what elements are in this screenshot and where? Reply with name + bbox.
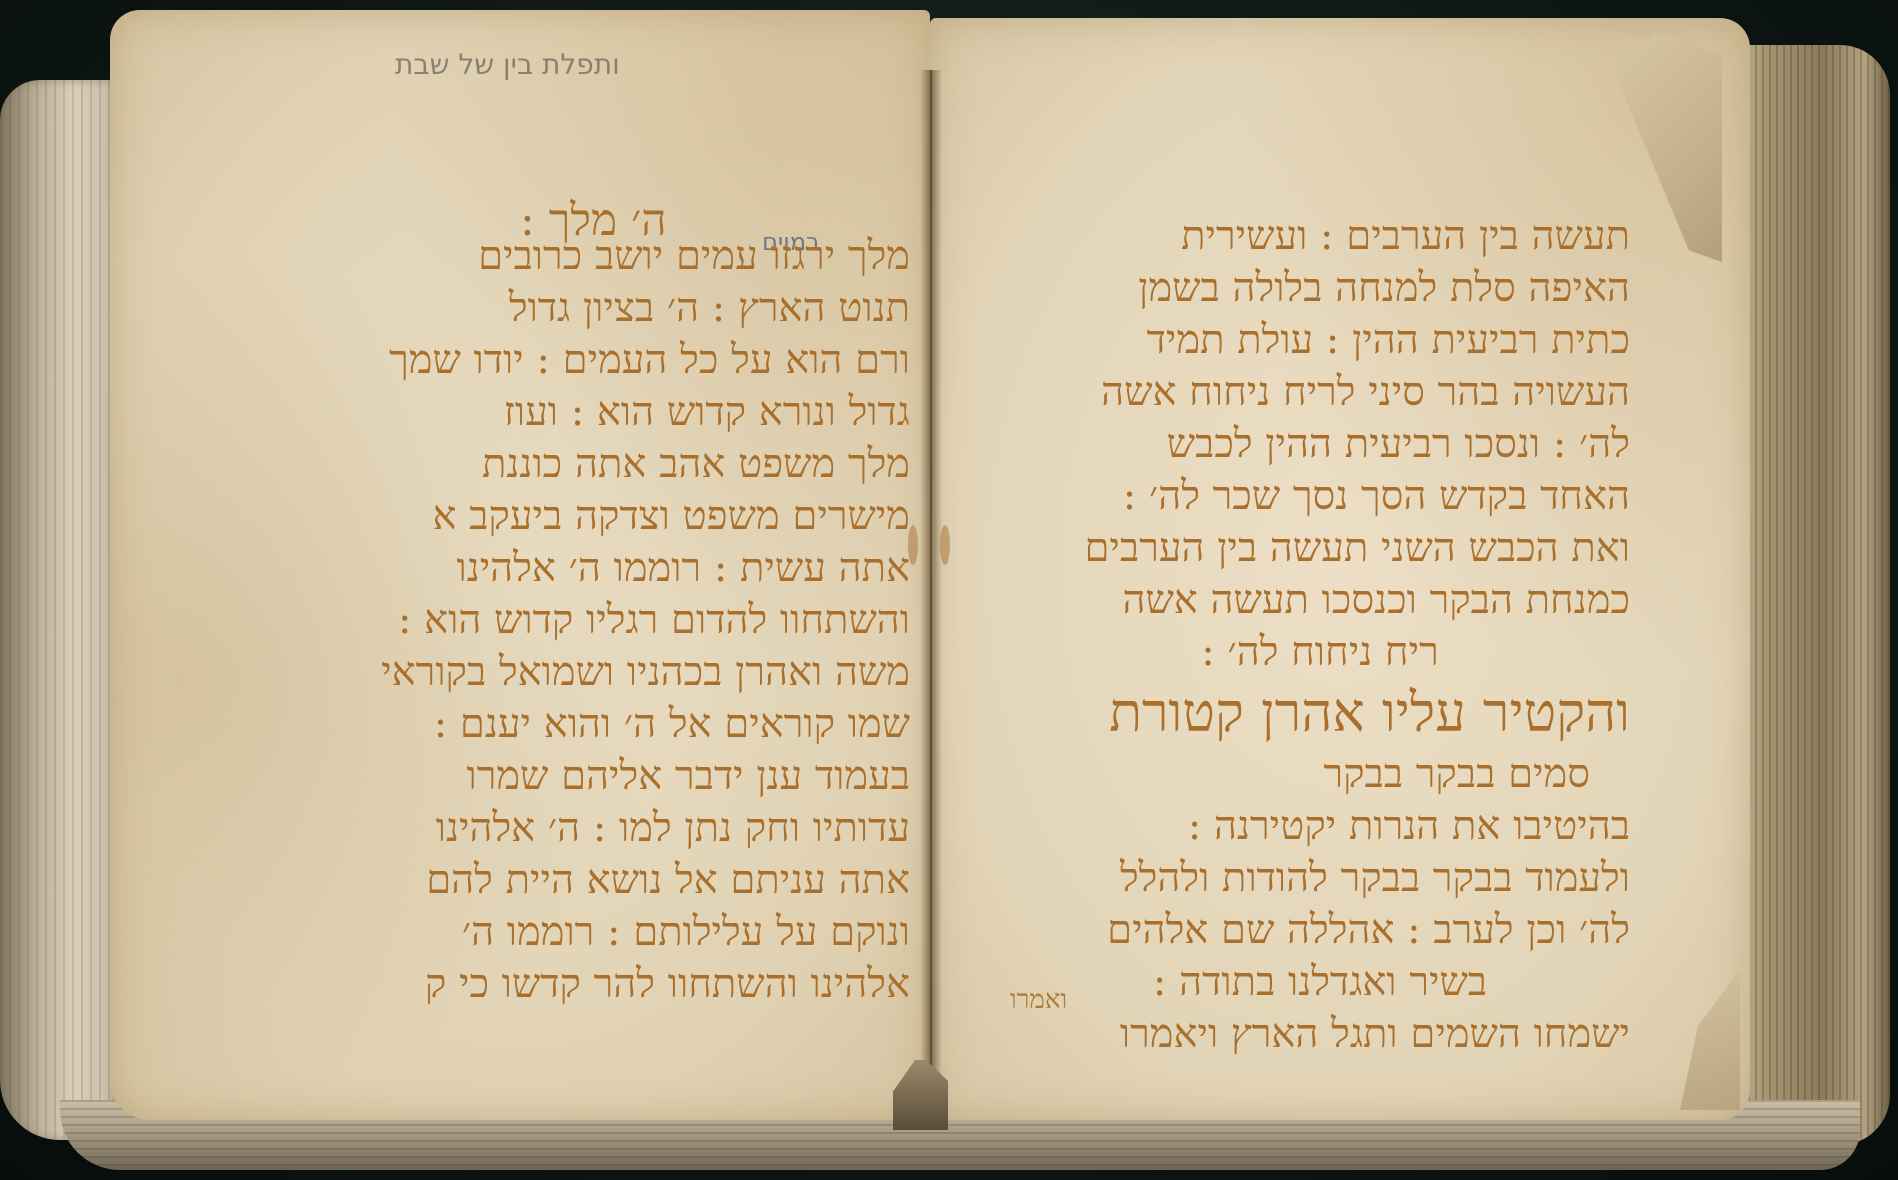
text-line: מלך ירגזו עמים יושב כרובים bbox=[210, 230, 910, 282]
text-line: והשתחוו להדום רגליו קדוש הוא : bbox=[210, 594, 910, 646]
text-line: האחד בקדש הסך נסך שכר לה׳ : bbox=[1010, 470, 1630, 522]
text-line: בשיר ואגדלנו בתודה : bbox=[1010, 956, 1630, 1008]
text-line: לה׳ : ונסכו רביעית ההין לכבש bbox=[1010, 418, 1630, 470]
text-line: ונוקם על עלילותם : רוממו ה׳ bbox=[210, 906, 910, 958]
left-page-edges bbox=[0, 80, 120, 1140]
text-line: ריח ניחוח לה׳ : bbox=[1010, 626, 1630, 678]
text-line: העשויה בהר סיני לריח ניחוח אשה bbox=[1010, 366, 1630, 418]
text-line: ורם הוא על כל העמים : יודו שמך bbox=[210, 334, 910, 386]
text-line: ולעמוד בבקר בבקר להודות ולהלל bbox=[1010, 852, 1630, 904]
text-line: גדול ונורא קדוש הוא : ועוז bbox=[210, 386, 910, 438]
text-line: תעשה בין הערבים : ועשירית bbox=[1010, 210, 1630, 262]
text-line: מישרים משפט וצדקה ביעקב א bbox=[210, 490, 910, 542]
text-line: בעמוד ענן ידבר אליהם שמרו bbox=[210, 750, 910, 802]
text-line: כתית רביעית ההין : עולת תמיד bbox=[1010, 314, 1630, 366]
text-line: לה׳ וכן לערב : אהללה שם אלהים bbox=[1010, 904, 1630, 956]
text-line: שמו קוראים אל ה׳ והוא יענם : bbox=[210, 698, 910, 750]
text-line: סמים בבקר בבקר bbox=[1010, 748, 1630, 800]
text-line: ואת הכבש השני תעשה בין הערבים bbox=[1010, 522, 1630, 574]
right-page-text: תעשה בין הערבים : ועשירית האיפה סלת למנח… bbox=[1010, 210, 1630, 1060]
text-line: אלהינו והשתחוו להר קדשו כי ק bbox=[210, 958, 910, 1010]
text-line: כמנחת הבקר וכנסכו תעשה אשה bbox=[1010, 574, 1630, 626]
text-line: תנוט הארץ : ה׳ בציון גדול bbox=[210, 282, 910, 334]
ink-stain bbox=[940, 525, 950, 565]
text-line: ישמחו השמים ותגל הארץ ויאמרו bbox=[1010, 1008, 1630, 1060]
text-line: אתה עשית : רוממו ה׳ אלהינו bbox=[210, 542, 910, 594]
text-line: אתה עניתם אל נושא היית להם bbox=[210, 854, 910, 906]
book-gutter bbox=[920, 70, 942, 1120]
text-line: משה ואהרן בכהניו ושמואל בקוראי bbox=[210, 646, 910, 698]
pencil-header-note: ותפלת בין של שבת bbox=[395, 48, 620, 81]
text-line: עדותיו וחק נתן למו : ה׳ אלהינו bbox=[210, 802, 910, 854]
left-page-text: מלך ירגזו עמים יושב כרובים תנוט הארץ : ה… bbox=[210, 230, 910, 1010]
section-heading: והקטיר עליו אהרן קטורת bbox=[1010, 678, 1630, 748]
text-line: בהיטיבו את הנרות יקטירנה : bbox=[1010, 800, 1630, 852]
text-line: מלך משפט אהב אתה כוננת bbox=[210, 438, 910, 490]
ink-stain bbox=[908, 525, 918, 565]
text-line: האיפה סלת למנחה בלולה בשמן bbox=[1010, 262, 1630, 314]
catchword: ואמרו bbox=[1010, 985, 1067, 1015]
